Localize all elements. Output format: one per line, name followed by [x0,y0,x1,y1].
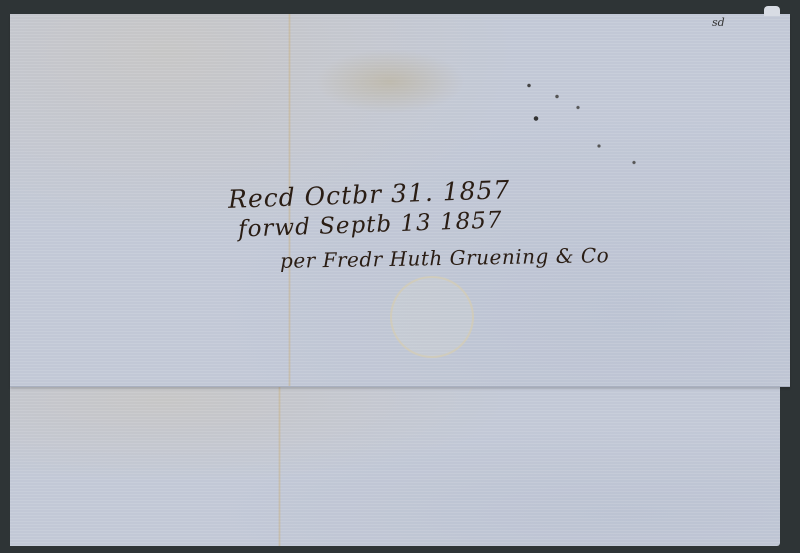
paper-corner-tab [764,6,780,16]
fold-crease [278,384,281,546]
wax-seal-residue [390,276,474,358]
letter-top-panel: sd Recd Octbr 31. 1857 forwd Septb 13 18… [10,14,790,387]
docket-forwarder-line: per Fredr Huth Gruening & Co [280,243,610,273]
corner-ink-mark: sd [712,16,725,29]
ink-specks [515,69,655,179]
foxing-stain [315,49,465,114]
docket-forwarded-line: forwd Septb 13 1857 [238,207,503,242]
letter-bottom-panel [10,384,780,546]
